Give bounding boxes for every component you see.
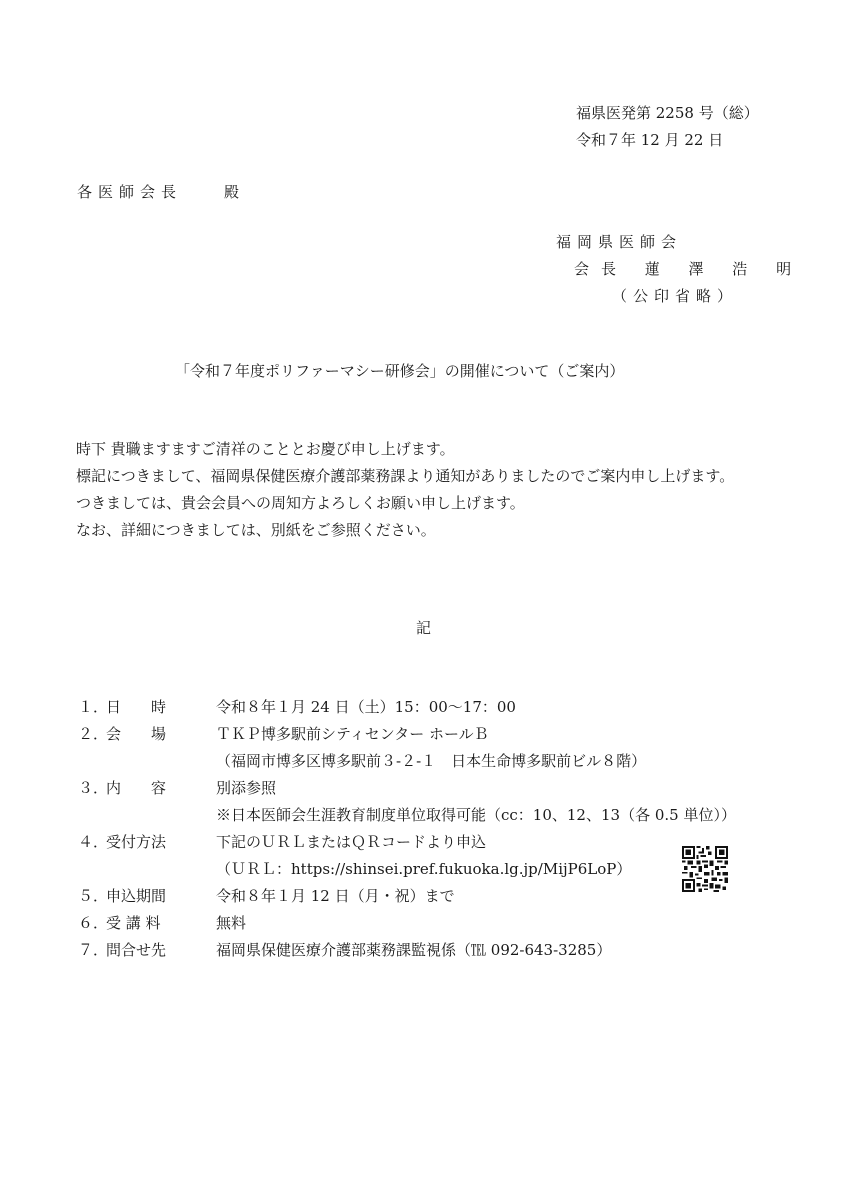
item-number: ７． — [78, 943, 106, 958]
item-value: 令和８年１月 24 日（土）15：00～17：00 — [216, 700, 778, 715]
body-paragraph: つきましては、貴会会員への周知方よろしくお願い申し上げます。 — [61, 490, 769, 517]
item-label: 申込期間 — [106, 889, 216, 904]
list-item: ４． 受付方法 下記のＵＲＬまたはＱＲコードより申込 — [78, 835, 778, 862]
sender-name: 会長 蓮 澤 浩 明 — [574, 262, 803, 277]
item-value: 別添参照 — [216, 781, 778, 796]
list-item: ６． 受 講 料 無料 — [78, 916, 778, 943]
list-item: （福岡市博多区博多駅前３-２-１ 日本生命博多駅前ビル８階） — [78, 754, 778, 781]
document-title: 「令和７年度ポリファーマシー研修会」の開催について（ご案内） — [175, 364, 624, 379]
list-item: ３． 内 容 別添参照 — [78, 781, 778, 808]
item-label: 問合せ先 — [106, 943, 216, 958]
body-paragraph: なお、詳細につきましては、別紙をご参照ください。 — [61, 517, 769, 544]
body-text: 時下 貴職ますますご清祥のこととお慶び申し上げます。 標記につきまして、福岡県保… — [79, 436, 769, 544]
item-label: 日 時 — [106, 700, 216, 715]
addressee: 各医師会長 殿 — [77, 185, 245, 200]
list-item: （ＵＲＬ：https://shinsei.pref.fukuoka.lg.jp/… — [78, 862, 778, 889]
details-list: １． 日 時 令和８年１月 24 日（土）15：00～17：00 ２． 会 場 … — [78, 700, 778, 970]
document-date: 令和７年 12 月 22 日 — [576, 133, 723, 148]
body-paragraph: 標記につきまして、福岡県保健医療介護部薬務課より通知がありましたのでご案内申し上… — [61, 463, 769, 490]
item-number: ４． — [78, 835, 106, 850]
item-number: ２． — [78, 727, 106, 742]
item-value: （福岡市博多区博多駅前３-２-１ 日本生命博多駅前ビル８階） — [216, 754, 778, 769]
item-value: 無料 — [216, 916, 778, 931]
sender-organization: 福岡県医師会 — [556, 235, 682, 250]
list-item: ７． 問合せ先 福岡県保健医療介護部薬務課監視係（℡ 092-643-3285） — [78, 943, 778, 970]
seal-omitted-note: （公印省略） — [612, 289, 738, 304]
item-label: 内 容 — [106, 781, 216, 796]
item-number: ５． — [78, 889, 106, 904]
item-value: ※日本医師会生涯教育制度単位取得可能（cc：10、12、13（各 0.5 単位）… — [216, 808, 778, 823]
qr-code-icon[interactable] — [681, 846, 729, 892]
item-label: 受 講 料 — [106, 916, 216, 931]
item-label: 受付方法 — [106, 835, 216, 850]
item-number: １． — [78, 700, 106, 715]
item-label: 会 場 — [106, 727, 216, 742]
item-value: ＴＫＰ博多駅前シティセンター ホールＢ — [216, 727, 778, 742]
document-number: 福県医発第 2258 号（総） — [576, 106, 759, 121]
item-number: ３． — [78, 781, 106, 796]
list-item: ※日本医師会生涯教育制度単位取得可能（cc：10、12、13（各 0.5 単位）… — [78, 808, 778, 835]
item-number: ６． — [78, 916, 106, 931]
body-paragraph: 時下 貴職ますますご清祥のこととお慶び申し上げます。 — [61, 436, 769, 463]
ki-heading: 記 — [416, 621, 431, 636]
list-item: １． 日 時 令和８年１月 24 日（土）15：00～17：00 — [78, 700, 778, 727]
item-value: 福岡県保健医療介護部薬務課監視係（℡ 092-643-3285） — [216, 943, 778, 958]
list-item: ２． 会 場 ＴＫＰ博多駅前シティセンター ホールＢ — [78, 727, 778, 754]
list-item: ５． 申込期間 令和８年１月 12 日（月・祝）まで — [78, 889, 778, 916]
